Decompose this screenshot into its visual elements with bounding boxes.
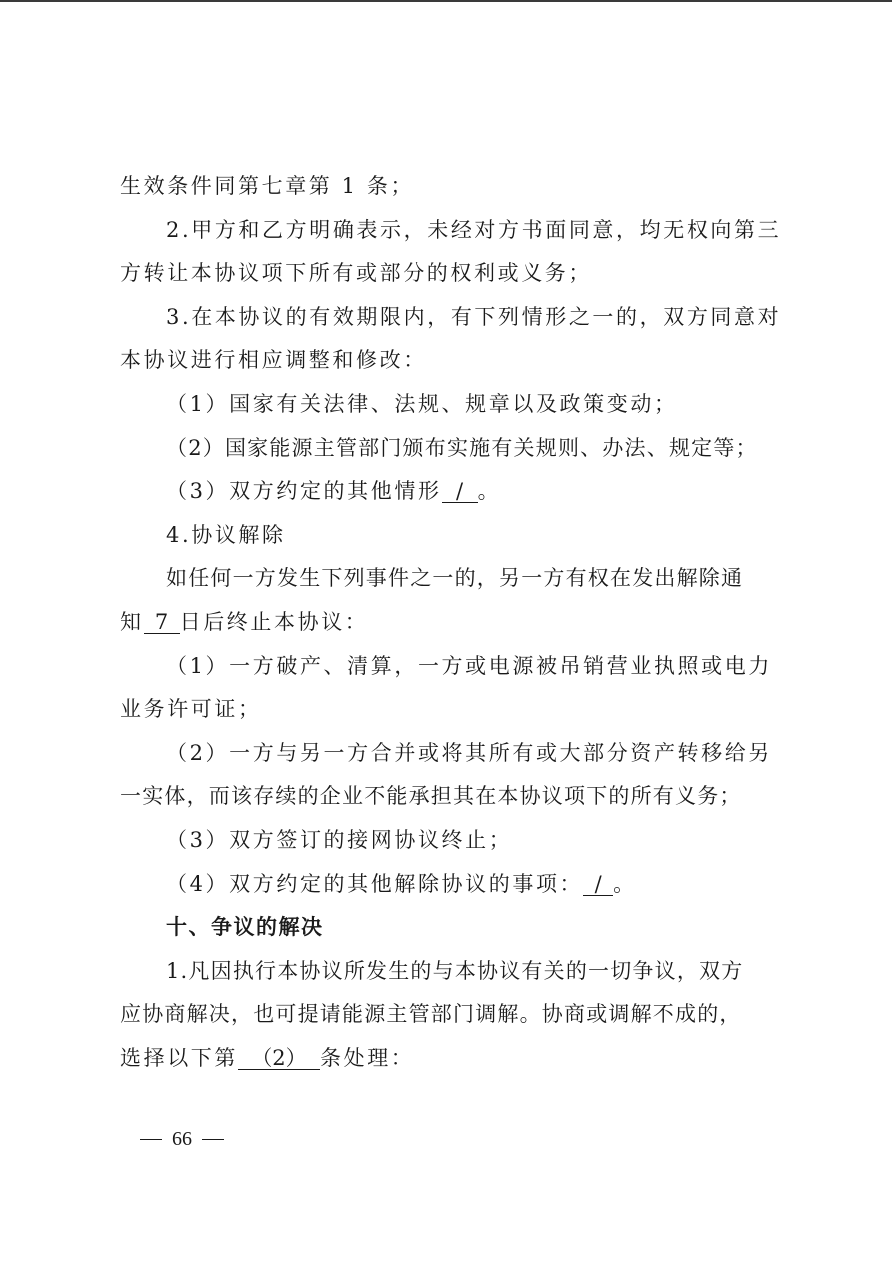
clause-9-4-item-3: （3）双方签订的接网协议终止； — [120, 819, 784, 863]
clause-9-4-item-4-text: （4）双方约定的其他解除协议的事项： — [166, 872, 583, 896]
document-page: 生效条件同第七章第 1 条； 2.甲方和乙方明确表示，未经对方书面同意，均无权向… — [120, 165, 784, 1080]
clause-10-1-choice-prefix: 选择以下第 — [120, 1046, 238, 1070]
clause-9-3-item-1: （1）国家有关法律、法规、规章以及政策变动； — [120, 383, 784, 427]
clause-10-1-choice-suffix: 条处理： — [320, 1046, 414, 1070]
clause-9-3-item-2: （2）国家能源主管部门颁布实施有关规则、办法、规定等； — [120, 427, 784, 471]
clause-9-4-item-2-continuation: 一实体，而该存续的企业不能承担其在本协议项下的所有义务； — [120, 775, 784, 819]
fill-in-blank-option: （2） — [238, 1047, 320, 1070]
clause-9-4-intro: 如任何一方发生下列事件之一的，另一方有权在发出解除通 — [120, 557, 784, 601]
section-10-heading: 十、争议的解决 — [120, 906, 784, 950]
clause-9-4-title: 4.协议解除 — [120, 514, 784, 558]
clause-9-4-item-1-continuation: 业务许可证； — [120, 688, 784, 732]
clause-9-2: 2.甲方和乙方明确表示，未经对方书面同意，均无权向第三 — [120, 209, 784, 253]
clause-9-3-continuation: 本协议进行相应调整和修改： — [120, 339, 784, 383]
clause-9-4-intro-continuation: 知7日后终止本协议： — [120, 601, 784, 645]
fill-in-blank-days: 7 — [144, 611, 180, 634]
fill-in-blank: / — [583, 873, 613, 896]
page-number: 66 — [172, 1128, 192, 1151]
clause-9-4-item-1: （1）一方破产、清算，一方或电源被吊销营业执照或电力 — [120, 645, 784, 689]
clause-9-3-item-3-end: 。 — [478, 479, 502, 503]
right-dash — [202, 1139, 224, 1140]
clause-10-1: 1.凡因执行本协议所发生的与本协议有关的一切争议，双方 — [120, 950, 784, 994]
clause-10-1-choice: 选择以下第（2）条处理： — [120, 1037, 784, 1081]
top-border-rule — [0, 0, 892, 2]
clause-9-4-item-2: （2）一方与另一方合并或将其所有或大部分资产转移给另 — [120, 732, 784, 776]
clause-9-2-continuation: 方转让本协议项下所有或部分的权利或义务； — [120, 252, 784, 296]
clause-9-1-continuation: 生效条件同第七章第 1 条； — [120, 165, 784, 209]
clause-9-3-item-3: （3）双方约定的其他情形/。 — [120, 470, 784, 514]
clause-9-4-item-4: （4）双方约定的其他解除协议的事项：/。 — [120, 863, 784, 907]
left-dash — [140, 1139, 162, 1140]
clause-10-1-continuation: 应协商解决，也可提请能源主管部门调解。协商或调解不成的， — [120, 993, 784, 1037]
fill-in-blank: / — [442, 480, 478, 503]
clause-9-4-item-4-end: 。 — [613, 872, 637, 896]
clause-9-4-intro-prefix: 知 — [120, 610, 144, 634]
page-footer: 66 — [140, 1128, 224, 1151]
clause-9-3-item-3-text: （3）双方约定的其他情形 — [166, 479, 442, 503]
clause-9-4-intro-suffix: 日后终止本协议： — [180, 610, 369, 634]
clause-9-3: 3.在本协议的有效期限内，有下列情形之一的，双方同意对 — [120, 296, 784, 340]
